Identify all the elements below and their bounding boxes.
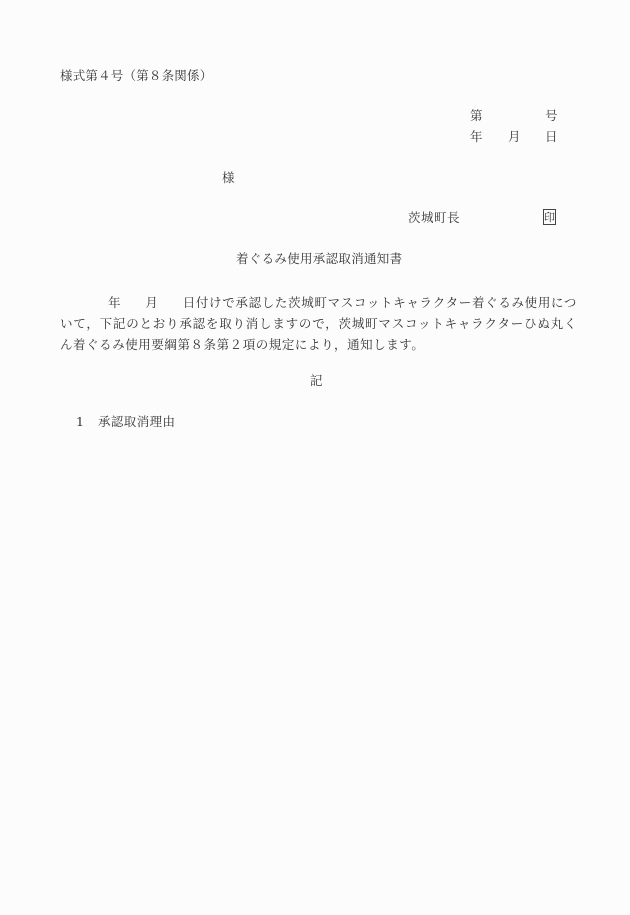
document-number-label: 第 — [470, 110, 483, 123]
body-text: 日付けで承認した茨城町マスコットキャラクター着ぐるみ使用について，下記のとおり承… — [60, 295, 577, 352]
addressee-suffix: 様 — [222, 172, 235, 185]
document-title: 着ぐるみ使用承認取消通知書 — [236, 253, 402, 266]
form-number: 様式第４号（第８条関係） — [60, 70, 212, 83]
body-paragraph: 年月日付けで承認した茨城町マスコットキャラクター着ぐるみ使用について，下記のとお… — [60, 292, 577, 355]
document-number-suffix: 号 — [545, 110, 558, 123]
date-day-label: 日 — [545, 131, 558, 144]
item-label-cancellation-reason: 承認取消理由 — [98, 416, 175, 429]
ki-heading: 記 — [310, 375, 323, 388]
issuer-name: 茨城町長 — [408, 212, 460, 225]
body-month-label: 月 — [145, 295, 158, 310]
item-number: 1 — [76, 416, 84, 429]
date-year-label: 年 — [470, 131, 483, 144]
body-year-label: 年 — [108, 295, 121, 310]
seal-stamp-box: 印 — [543, 209, 556, 225]
date-month-label: 月 — [508, 131, 521, 144]
